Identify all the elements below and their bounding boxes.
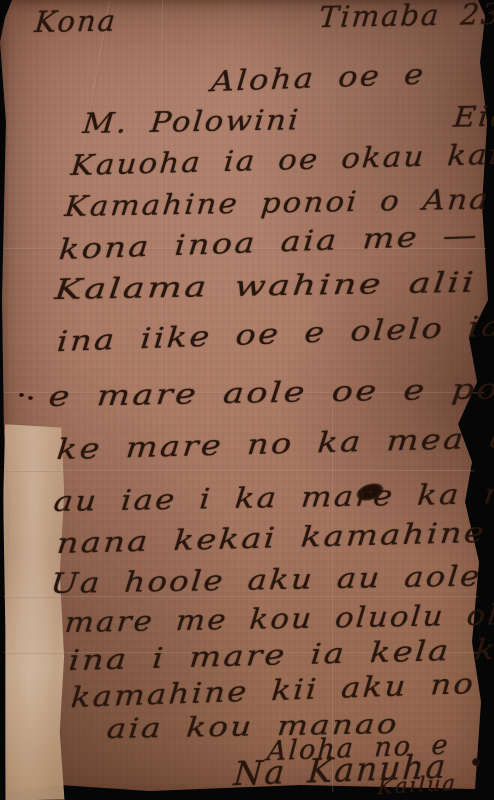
letter-line: Kona Timaba 23. 1844 — [33, 0, 494, 37]
letter-line: Ua hoole aku au aole e — [50, 562, 494, 598]
letter-signature-place: Kailua — [377, 773, 458, 798]
scanned-letter-image: Kona Timaba 23. 1844 Aloha oe e M. Polow… — [0, 0, 494, 800]
letter-line: mare me kou oluolu ole — [64, 601, 494, 637]
letter-line: au iae i ka mare ka mea — [53, 479, 494, 516]
ink-blot — [28, 396, 33, 400]
letter-line: M. Polowini Eia kau — [82, 101, 494, 138]
ink-blot — [472, 758, 480, 766]
letter-line: e mare aole oe e pono — [48, 374, 494, 411]
ink-blot — [19, 393, 24, 397]
letter-line: Aloha oe e — [210, 61, 426, 97]
letter-line: Kalama wahine alii — [54, 269, 478, 304]
letter-line: Kamahine ponoi o Ana — [64, 186, 492, 221]
tape-repair-strip — [3, 424, 67, 800]
